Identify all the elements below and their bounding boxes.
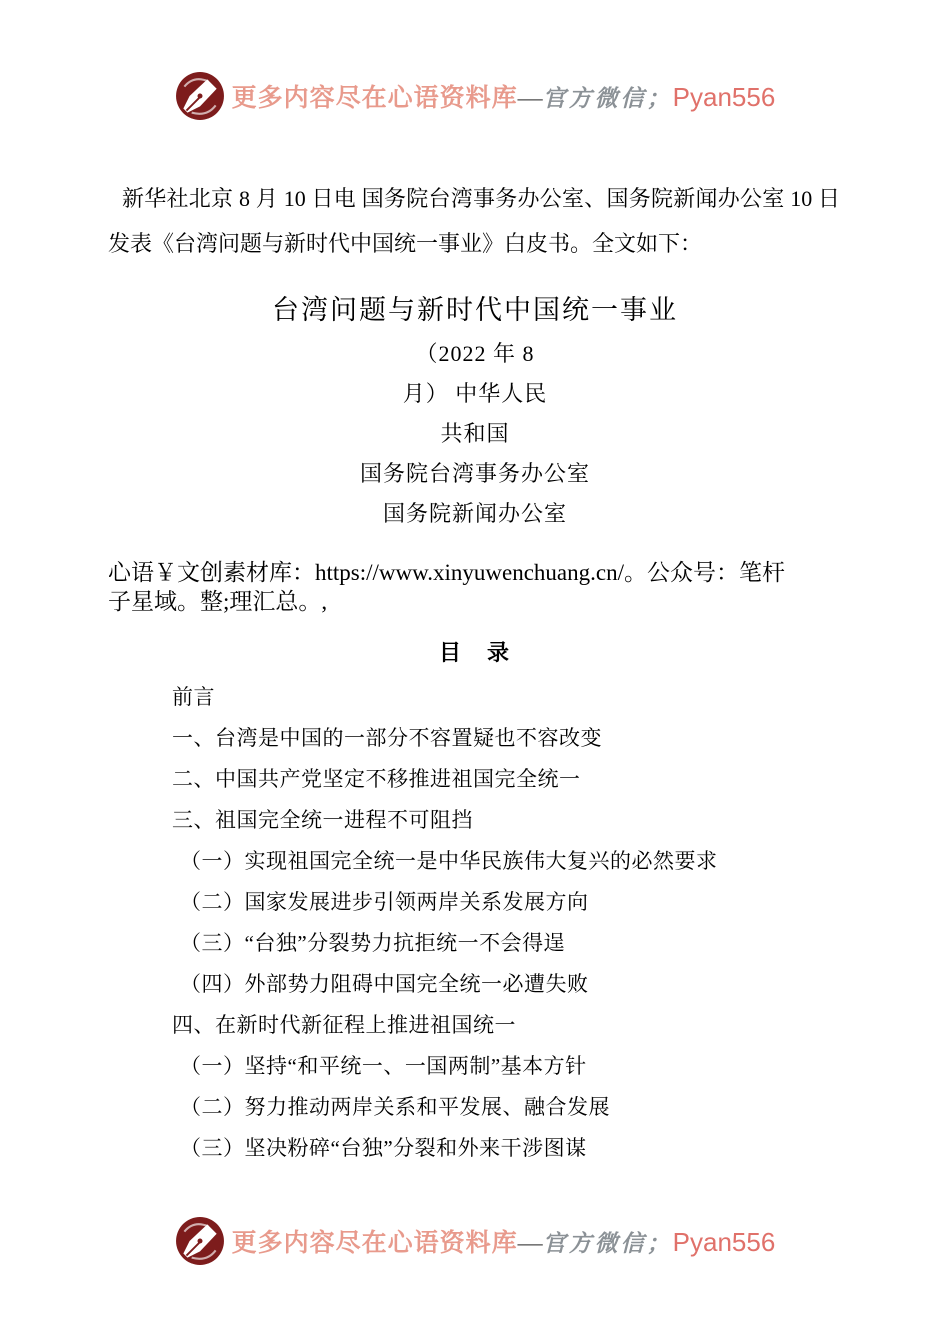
title-subline: 共和国 [0,414,950,454]
toc-item: （四）外部势力阻碍中国完全统一必遭失败 [172,964,950,1005]
title-subline: 国务院新闻办公室 [0,494,950,534]
brand-text: 更多内容尽在心语资料库—官方微信；Pyan556 [232,1223,776,1259]
toc-item: （二）努力推动两岸关系和平发展、融合发展 [172,1087,950,1128]
title-subline: 国务院台湾事务办公室 [0,454,950,494]
toc-item: （二）国家发展进步引领两岸关系发展方向 [172,882,950,923]
toc-item: 二、中国共产党坚定不移推进祖国完全统一 [172,759,950,800]
pen-nib-logo-icon [175,71,225,121]
toc-item: 三、祖国完全统一进程不可阻挡 [172,800,950,841]
pen-nib-logo-icon [175,1216,225,1266]
title-subline: （2022 年 8 [0,334,950,374]
document-page: 更多内容尽在心语资料库—官方微信；Pyan556 新华社北京 8 月 10 日电… [0,70,950,1267]
brand-dash: — [518,85,543,112]
toc-item: （三）“台独”分裂势力抗拒统一不会得逞 [172,923,950,964]
watermark-note: 心语￥文创素材库：https://www.xinyuwenchuang.cn/。… [108,558,802,616]
brand-prefix-text: 更多内容尽在心语资料库 [232,1230,518,1257]
toc-item: （一）坚持“和平统一、一国两制”基本方针 [172,1046,950,1087]
toc-item: 一、台湾是中国的一部分不容置疑也不容改变 [172,718,950,759]
toc-item: （一）实现祖国完全统一是中华民族伟大复兴的必然要求 [172,841,950,882]
document-title: 台湾问题与新时代中国统一事业 [0,292,950,328]
brand-text: 更多内容尽在心语资料库—官方微信；Pyan556 [232,78,776,114]
footer-watermark-bar: 更多内容尽在心语资料库—官方微信；Pyan556 [0,1215,950,1267]
brand-wechat-id: Pyan556 [673,1227,776,1257]
intro-paragraph: 新华社北京 8 月 10 日电 国务院台湾事务办公室、国务院新闻办公室 10 日… [108,176,840,266]
header-watermark-bar: 更多内容尽在心语资料库—官方微信；Pyan556 [0,70,950,122]
brand-wechat-label: 官方微信； [543,1231,673,1256]
toc-item: （三）坚决粉碎“台独”分裂和外来干涉图谋 [172,1128,950,1169]
toc-list: 前言 一、台湾是中国的一部分不容置疑也不容改变 二、中国共产党坚定不移推进祖国完… [172,677,950,1169]
brand-prefix-text: 更多内容尽在心语资料库 [232,85,518,112]
toc-item: 前言 [172,677,950,718]
brand-wechat-label: 官方微信； [543,86,673,111]
title-subline: 月） 中华人民 [0,374,950,414]
brand-wechat-id: Pyan556 [673,82,776,112]
toc-heading: 目 录 [0,636,950,667]
title-subline-block: （2022 年 8 月） 中华人民 共和国 国务院台湾事务办公室 国务院新闻办公… [0,334,950,534]
brand-dash: — [518,1230,543,1257]
toc-item: 四、在新时代新征程上推进祖国统一 [172,1005,950,1046]
